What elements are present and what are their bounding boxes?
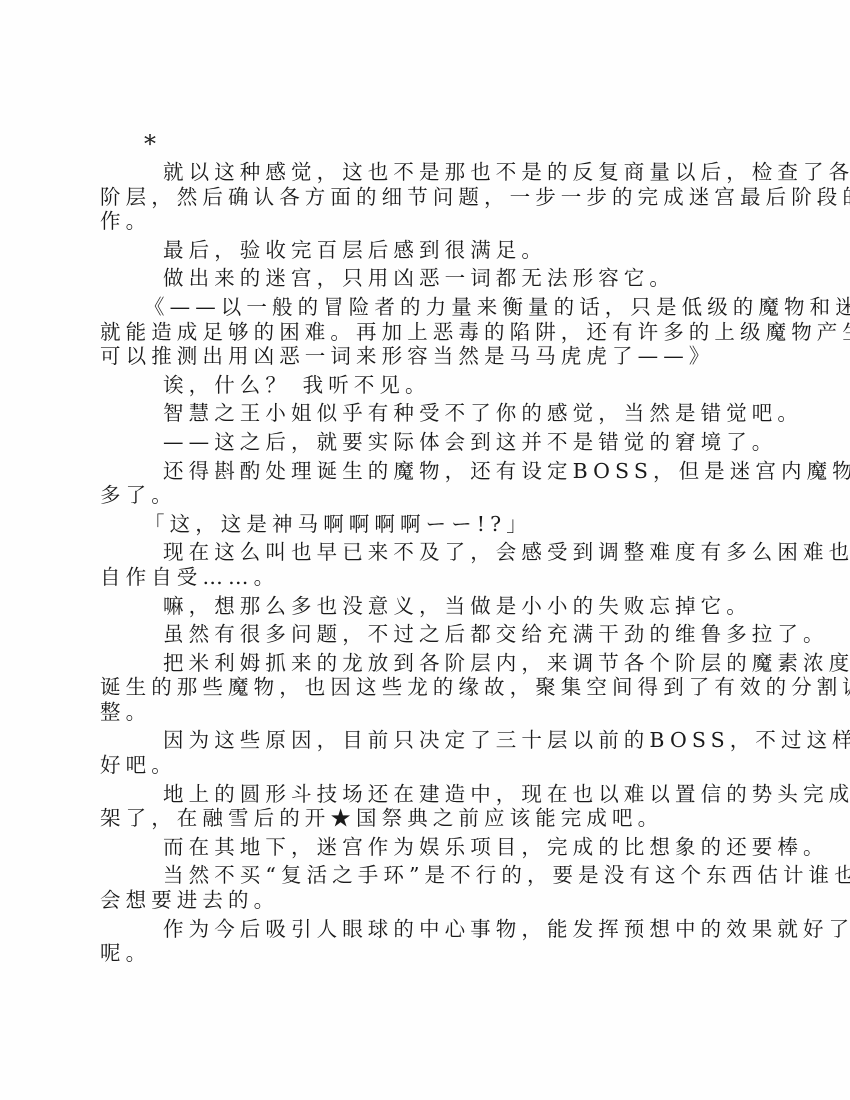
text-line: 而在其地下，迷宫作为娱乐项目，完成的比想象的还要棒。: [100, 835, 760, 860]
paragraph: 还得斟酌处理诞生的魔物，还有设定BOSS，但是迷宫内魔物太 多了。: [100, 459, 760, 508]
text-line: 做出来的迷宫，只用凶恶一词都无法形容它。: [100, 266, 760, 291]
paragraph: 做出来的迷宫，只用凶恶一词都无法形容它。: [100, 266, 760, 291]
paragraph: 就以这种感觉，这也不是那也不是的反复商量以后，检查了各个 阶层，然后确认各方面的…: [100, 160, 760, 234]
text-line: 自作自受……。: [100, 565, 760, 590]
text-line: 整。: [100, 700, 760, 725]
paragraph: 把米利姆抓来的龙放到各阶层内，来调节各个阶层的魔素浓度， 诞生的那些魔物，也因这…: [100, 651, 760, 725]
paragraph: 因为这些原因，目前只决定了三十层以前的BOSS，不过这样也 好吧。: [100, 728, 760, 777]
paragraph: 最后，验收完百层后感到很满足。: [100, 238, 760, 263]
body-text: 就以这种感觉，这也不是那也不是的反复商量以后，检查了各个 阶层，然后确认各方面的…: [100, 160, 760, 970]
text-line: 「这，这是神马啊啊啊啊ーー!?」: [100, 512, 760, 537]
paragraph: 作为今后吸引人眼球的中心事物，能发挥预想中的效果就好了 呢。: [100, 917, 760, 966]
text-line: ——这之后，就要实际体会到这并不是错觉的窘境了。: [100, 430, 760, 455]
document-page: * 就以这种感觉，这也不是那也不是的反复商量以后，检查了各个 阶层，然后确认各方…: [0, 0, 850, 1100]
text-line: 好吧。: [100, 753, 760, 778]
text-line: 地上的圆形斗技场还在建造中，现在也以难以置信的势头完成骨: [100, 782, 760, 807]
text-line: 虽然有很多问题，不过之后都交给充满干劲的维鲁多拉了。: [100, 622, 760, 647]
paragraph: 现在这么叫也早已来不及了，会感受到调整难度有多么困难也是 自作自受……。: [100, 540, 760, 589]
text-line: 诶，什么？ 我听不见。: [100, 373, 760, 398]
text-line: 当然不买“复活之手环”是不行的，要是没有这个东西估计谁也不: [100, 863, 760, 888]
text-line: 呢。: [100, 941, 760, 966]
section-break-marker: *: [144, 130, 156, 158]
text-line: 把米利姆抓来的龙放到各阶层内，来调节各个阶层的魔素浓度，: [100, 651, 760, 676]
paragraph: 智慧之王小姐似乎有种受不了你的感觉，当然是错觉吧。: [100, 401, 760, 426]
paragraph: 嘛，想那么多也没意义，当做是小小的失败忘掉它。: [100, 594, 760, 619]
text-line: 可以推测出用凶恶一词来形容当然是马马虎虎了——》: [100, 344, 760, 369]
text-line: 诞生的那些魔物，也因这些龙的缘故，聚集空间得到了有效的分割调: [100, 675, 760, 700]
paragraph: 而在其地下，迷宫作为娱乐项目，完成的比想象的还要棒。: [100, 835, 760, 860]
text-line: 最后，验收完百层后感到很满足。: [100, 238, 760, 263]
text-line: 还得斟酌处理诞生的魔物，还有设定BOSS，但是迷宫内魔物太: [100, 459, 760, 484]
text-line: 就以这种感觉，这也不是那也不是的反复商量以后，检查了各个: [100, 160, 760, 185]
paragraph: 当然不买“复活之手环”是不行的，要是没有这个东西估计谁也不 会想要进去的。: [100, 863, 760, 912]
text-line: 多了。: [100, 483, 760, 508]
paragraph: 虽然有很多问题，不过之后都交给充满干劲的维鲁多拉了。: [100, 622, 760, 647]
text-line: 阶层，然后确认各方面的细节问题，一步一步的完成迷宫最后阶段的工: [100, 185, 760, 210]
text-line: 作。: [100, 209, 760, 234]
text-line: 因为这些原因，目前只决定了三十层以前的BOSS，不过这样也: [100, 728, 760, 753]
text-line: 作为今后吸引人眼球的中心事物，能发挥预想中的效果就好了: [100, 917, 760, 942]
quoted-paragraph: 《——以一般的冒险者的力量来衡量的话，只是低级的魔物和迷宫 就能造成足够的困难。…: [100, 295, 760, 369]
text-line: 嘛，想那么多也没意义，当做是小小的失败忘掉它。: [100, 594, 760, 619]
dialogue-paragraph: 「这，这是神马啊啊啊啊ーー!?」: [100, 512, 760, 537]
paragraph: ——这之后，就要实际体会到这并不是错觉的窘境了。: [100, 430, 760, 455]
text-line: 智慧之王小姐似乎有种受不了你的感觉，当然是错觉吧。: [100, 401, 760, 426]
text-line: 架了，在融雪后的开★国祭典之前应该能完成吧。: [100, 806, 760, 831]
paragraph: 地上的圆形斗技场还在建造中，现在也以难以置信的势头完成骨 架了，在融雪后的开★国…: [100, 782, 760, 831]
text-line: 现在这么叫也早已来不及了，会感受到调整难度有多么困难也是: [100, 540, 760, 565]
text-line: 就能造成足够的困难。再加上恶毒的陷阱，还有许多的上级魔物产生，: [100, 320, 760, 345]
paragraph: 诶，什么？ 我听不见。: [100, 373, 760, 398]
text-line: 《——以一般的冒险者的力量来衡量的话，只是低级的魔物和迷宫: [100, 295, 760, 320]
text-line: 会想要进去的。: [100, 888, 760, 913]
